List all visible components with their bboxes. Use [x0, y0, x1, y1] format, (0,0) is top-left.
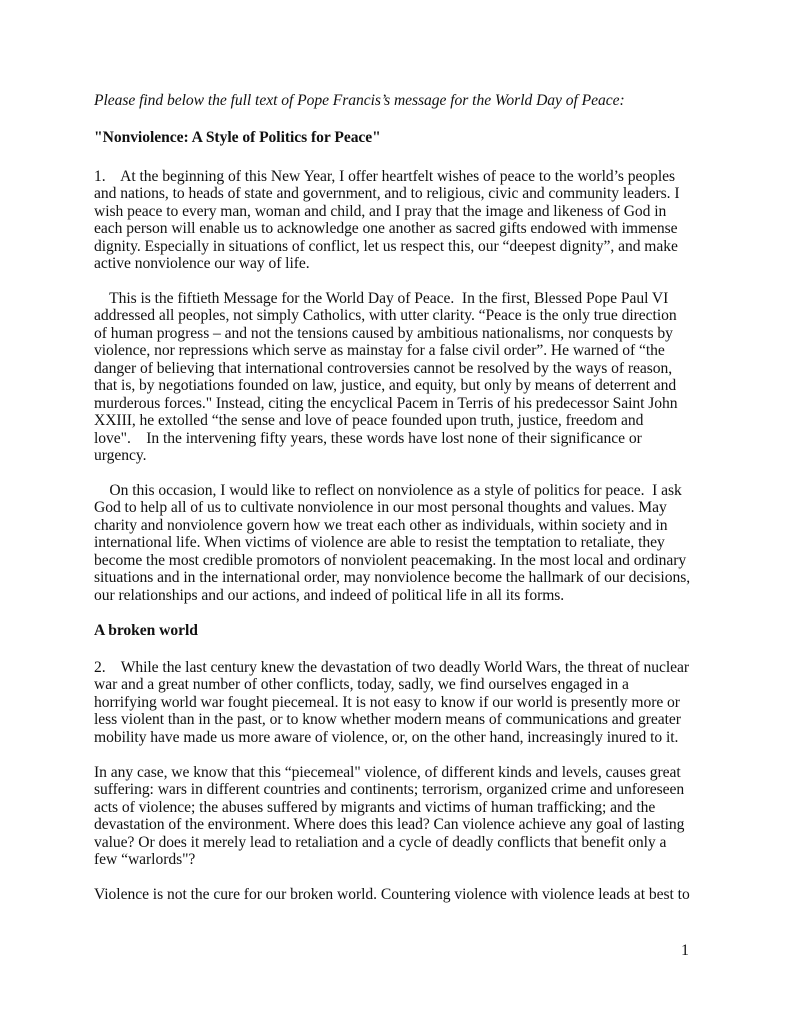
paragraph-line: situations and in the international orde…	[94, 569, 690, 586]
paragraph-line: our relationships and our actions, and i…	[94, 587, 564, 604]
paragraph-line: 1. At the beginning of this New Year, I …	[94, 168, 675, 185]
section-heading: A broken world	[94, 622, 198, 639]
intro-line: Please find below the full text of Pope …	[94, 92, 625, 109]
document-page: Please find below the full text of Pope …	[0, 0, 791, 1024]
paragraph-line: that is, by negotiations founded on law,…	[94, 377, 676, 394]
paragraph-line: addressed all peoples, not simply Cathol…	[94, 307, 677, 324]
paragraph-line: 2. While the last century knew the devas…	[94, 659, 689, 676]
paragraph-line: wish peace to every man, woman and child…	[94, 203, 666, 220]
paragraph-line: This is the fiftieth Message for the Wor…	[94, 290, 668, 307]
paragraph-line: and nations, to heads of state and gover…	[94, 185, 680, 202]
paragraph-line: active nonviolence our way of life.	[94, 255, 310, 272]
paragraph-line: international life. When victims of viol…	[94, 534, 665, 551]
paragraph-line: In any case, we know that this “piecemea…	[94, 764, 681, 781]
paragraph-line: Violence is not the cure for our broken …	[94, 886, 690, 903]
paragraph-line: On this occasion, I would like to reflec…	[94, 482, 682, 499]
paragraph-line: value? Or does it merely lead to retalia…	[94, 834, 666, 851]
paragraph-line: horrifying world war fought piecemeal. I…	[94, 694, 680, 711]
paragraph-line: mobility have made us more aware of viol…	[94, 729, 678, 746]
paragraph-line: charity and nonviolence govern how we tr…	[94, 517, 668, 534]
paragraph-line: few “warlords"?	[94, 851, 195, 868]
paragraph-line: danger of believing that international c…	[94, 360, 672, 377]
paragraph-line: murderous forces." Instead, citing the e…	[94, 395, 678, 412]
paragraph-line: XXIII, he extolled “the sense and love o…	[94, 412, 643, 429]
paragraph-line: each person will enable us to acknowledg…	[94, 220, 678, 237]
paragraph-line: become the most credible promotors of no…	[94, 552, 686, 569]
paragraph-line: devastation of the environment. Where do…	[94, 816, 684, 833]
page-number: 1	[681, 942, 689, 959]
paragraph-line: suffering: wars in different countries a…	[94, 781, 684, 798]
paragraph-line: God to help all of us to cultivate nonvi…	[94, 499, 667, 516]
paragraph-line: dignity. Especially in situations of con…	[94, 238, 678, 255]
document-title: "Nonviolence: A Style of Politics for Pe…	[94, 129, 381, 146]
paragraph-line: urgency.	[94, 447, 146, 464]
paragraph-line: violence, nor repressions which serve as…	[94, 342, 665, 359]
paragraph-line: less violent than in the past, or to kno…	[94, 711, 681, 728]
paragraph-line: acts of violence; the abuses suffered by…	[94, 799, 655, 816]
paragraph-line: of human progress – and not the tensions…	[94, 325, 673, 342]
paragraph-line: war and a great number of other conflict…	[94, 676, 629, 693]
paragraph-line: love". In the intervening fifty years, t…	[94, 430, 642, 447]
